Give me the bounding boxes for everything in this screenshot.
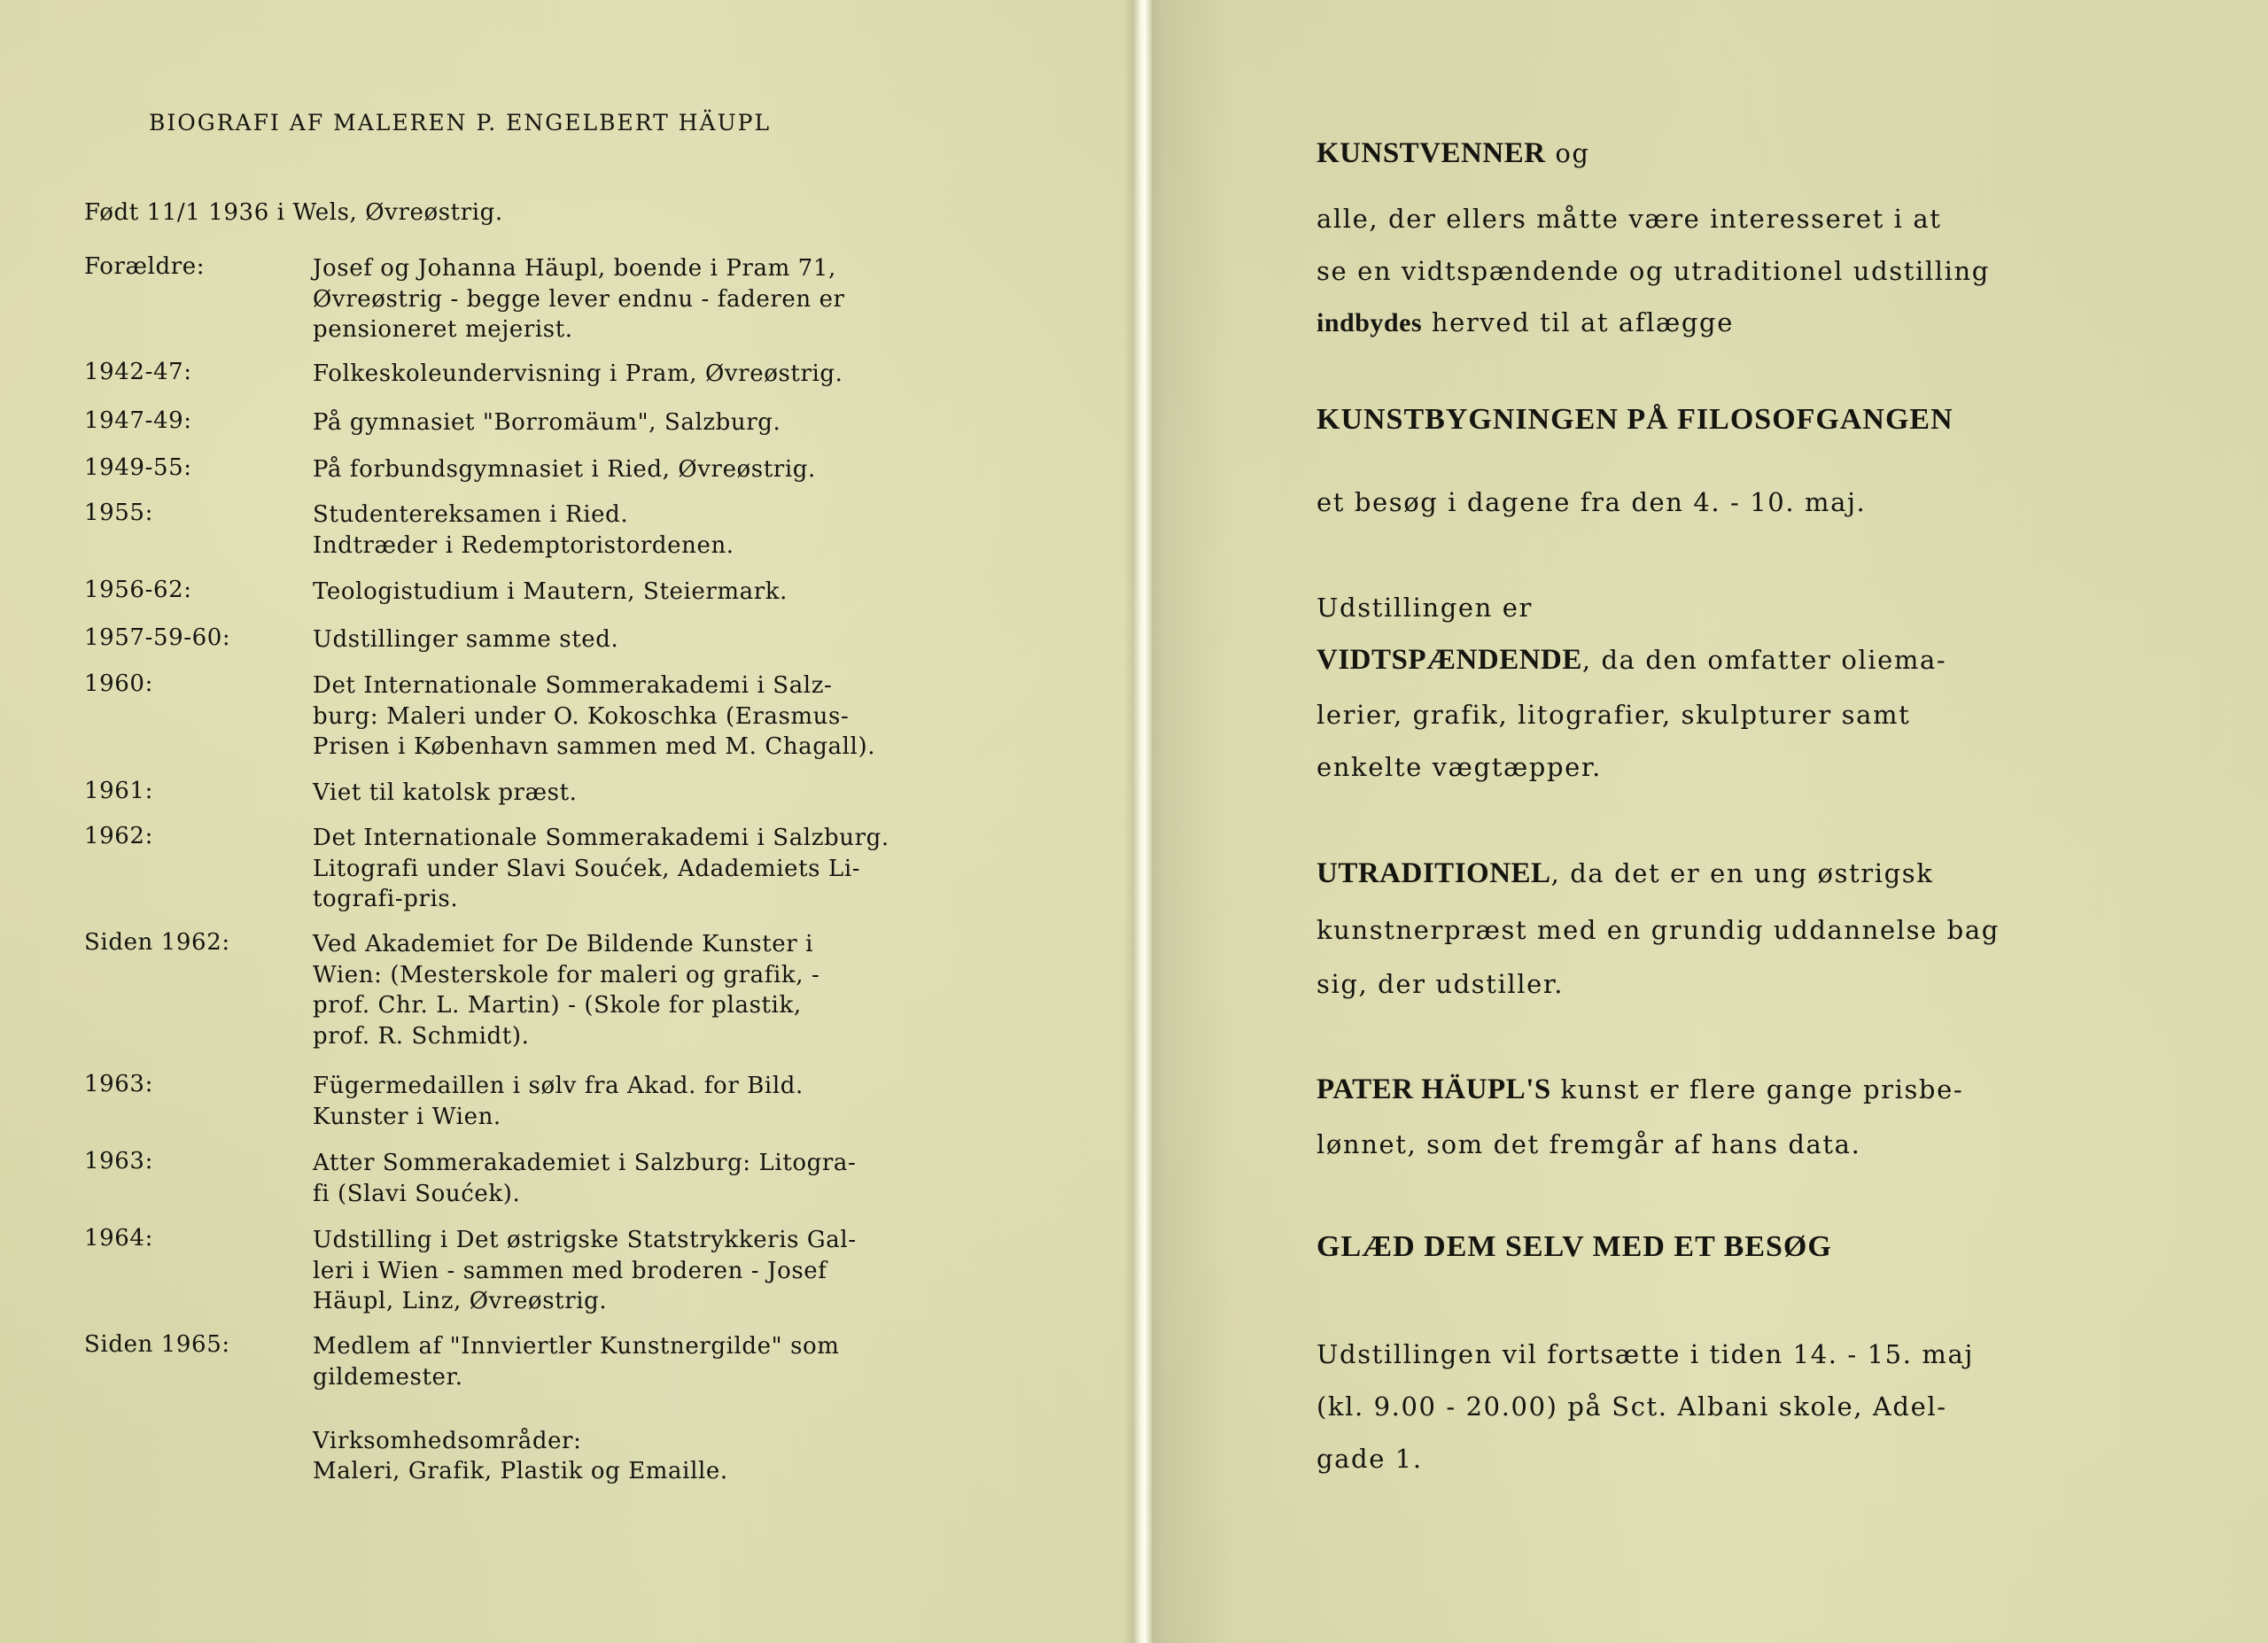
fold-shadow <box>1152 0 1231 1643</box>
entry-text-line: Häupl, Linz, Øvreøstrig. <box>313 1286 607 1317</box>
entry-text-line: På gymnasiet "Borromäum", Salzburg. <box>313 407 781 438</box>
greeting-line: KUNSTVENNER og <box>1317 137 1590 170</box>
pater-line-2: lønnet, som det fremgår af hans data. <box>1317 1129 1860 1159</box>
greeting-rest: og <box>1546 138 1590 168</box>
entry-label: 1956-62: <box>84 577 192 603</box>
entry-label: 1964: <box>84 1225 153 1252</box>
entry-text-line: Fügermedaillen i sølv fra Akad. for Bild… <box>313 1071 804 1102</box>
dates-line: et besøg i dagene fra den 4. - 10. maj. <box>1317 487 1866 517</box>
untrad-line: UTRADITIONEL, da det er en ung østrigsk <box>1317 857 1933 890</box>
invite-rest: herved til at aflægge <box>1422 307 1734 337</box>
birth-line: Født 11/1 1936 i Wels, Øvreøstrig. <box>84 199 503 226</box>
pater-rest: kunst er flere gange prisbe- <box>1551 1074 1964 1104</box>
invite-bold: indbydes <box>1317 308 1422 337</box>
entry-label: 1963: <box>84 1071 153 1097</box>
pater-bold: PATER HÄUPL'S <box>1317 1073 1551 1105</box>
entry-text-line: Kunster i Wien. <box>313 1102 501 1133</box>
activities-list: Maleri, Grafik, Plastik og Emaille. <box>313 1456 728 1487</box>
continuation-line-3: gade 1. <box>1317 1444 1423 1474</box>
entry-label: 1957-59-60: <box>84 624 230 651</box>
entry-label: 1963: <box>84 1148 153 1174</box>
entry-text-line: Teologistudium i Mautern, Steiermark. <box>313 577 788 608</box>
entry-text-line: Atter Sommerakademiet i Salzburg: Litogr… <box>313 1148 856 1179</box>
continuation-line-2: (kl. 9.00 - 20.00) på Sct. Albani skole,… <box>1317 1391 1947 1422</box>
entry-text-line: Udstilling i Det østrigske Statstrykkeri… <box>313 1225 857 1256</box>
intro-line-1: alle, der ellers måtte være interesseret… <box>1317 204 1942 234</box>
wide-line-2: lerier, grafik, litografier, skulpturer … <box>1317 700 1910 730</box>
entry-text-line: burg: Maleri under O. Kokoschka (Erasmus… <box>313 701 849 732</box>
wide-bold: VIDTSPÆNDENDE <box>1317 644 1582 676</box>
continuation-line-1: Udstillingen vil fortsætte i tiden 14. -… <box>1317 1339 1974 1369</box>
closing-heading: GLÆD DEM SELV MED ET BESØG <box>1317 1230 1832 1264</box>
wide-rest: , da den omfatter oliema- <box>1582 645 1946 675</box>
activities-heading: Virksomhedsområder: <box>313 1426 581 1457</box>
entry-text-line: fi (Slavi Soućek). <box>313 1179 520 1210</box>
untrad-bold: UTRADITIONEL <box>1317 857 1551 889</box>
entry-label: Forældre: <box>84 253 205 280</box>
untrad-line-2: kunstnerpræst med en grundig uddannelse … <box>1317 915 2000 945</box>
entry-text-line: leri i Wien - sammen med broderen - Jose… <box>313 1256 827 1287</box>
venue-heading: KUNSTBYGNINGEN PÅ FILOSOFGANGEN <box>1317 403 1953 437</box>
entry-label: 1942-47: <box>84 359 192 385</box>
entry-label: 1962: <box>84 823 153 849</box>
entry-text-line: gildemester. <box>313 1362 463 1393</box>
entry-text-line: Det Internationale Sommerakademi i Salzb… <box>313 823 889 854</box>
untrad-line-3: sig, der udstiller. <box>1317 969 1564 999</box>
entry-text-line: På forbundsgymnasiet i Ried, Øvreøstrig. <box>313 454 816 485</box>
entry-text-line: prof. R. Schmidt). <box>313 1021 529 1052</box>
entry-text-line: Prisen i København sammen med M. Chagall… <box>313 732 875 763</box>
entry-label: 1947-49: <box>84 407 192 434</box>
entry-text-line: Folkeskoleundervisning i Pram, Øvreøstri… <box>313 359 843 390</box>
exhibit-intro: Udstillingen er <box>1317 593 1533 623</box>
entry-text-line: prof. Chr. L. Martin) - (Skole for plast… <box>313 990 802 1021</box>
entry-label: Siden 1965: <box>84 1331 230 1358</box>
entry-label: Siden 1962: <box>84 929 230 956</box>
entry-text-line: tografi-pris. <box>313 884 458 915</box>
entry-text-line: Wien: (Mesterskole for maleri og grafik,… <box>313 960 819 991</box>
entry-text-line: Det Internationale Sommerakademi i Salz- <box>313 670 832 701</box>
entry-text-line: Viet til katolsk præst. <box>313 778 577 809</box>
entry-text-line: pensioneret mejerist. <box>313 314 573 345</box>
entry-text-line: Ved Akademiet for De Bildende Kunster i <box>313 929 813 960</box>
entry-label: 1961: <box>84 778 153 804</box>
entry-text-line: Litografi under Slavi Soućek, Adademiets… <box>313 854 860 885</box>
pater-line: PATER HÄUPL'S kunst er flere gange prisb… <box>1317 1073 1963 1106</box>
entry-text-line: Medlem af "Innviertler Kunstnergilde" so… <box>313 1331 840 1362</box>
center-fold <box>1123 0 1162 1643</box>
wide-line-3: enkelte vægtæpper. <box>1317 752 1602 782</box>
entry-text-line: Øvreøstrig - begge lever endnu - faderen… <box>313 284 845 315</box>
entry-text-line: Josef og Johanna Häupl, boende i Pram 71… <box>313 253 836 284</box>
entry-label: 1949-55: <box>84 454 192 481</box>
untrad-rest: , da det er en ung østrigsk <box>1551 858 1934 888</box>
invite-line: indbydes herved til at aflægge <box>1317 307 1734 338</box>
entry-label: 1960: <box>84 670 153 697</box>
biography-title: BIOGRAFI AF MALEREN P. ENGELBERT HÄUPL <box>149 110 771 136</box>
entry-text-line: Indtræder i Redemptoristordenen. <box>313 531 734 562</box>
wide-line: VIDTSPÆNDENDE, da den omfatter oliema- <box>1317 644 1946 677</box>
entry-text-line: Udstillinger samme sted. <box>313 624 618 655</box>
intro-line-2: se en vidtspændende og utraditionel udst… <box>1317 256 1990 286</box>
greeting-bold: KUNSTVENNER <box>1317 137 1546 169</box>
entry-text-line: Studentereksamen i Ried. <box>313 500 628 531</box>
entry-label: 1955: <box>84 500 153 526</box>
